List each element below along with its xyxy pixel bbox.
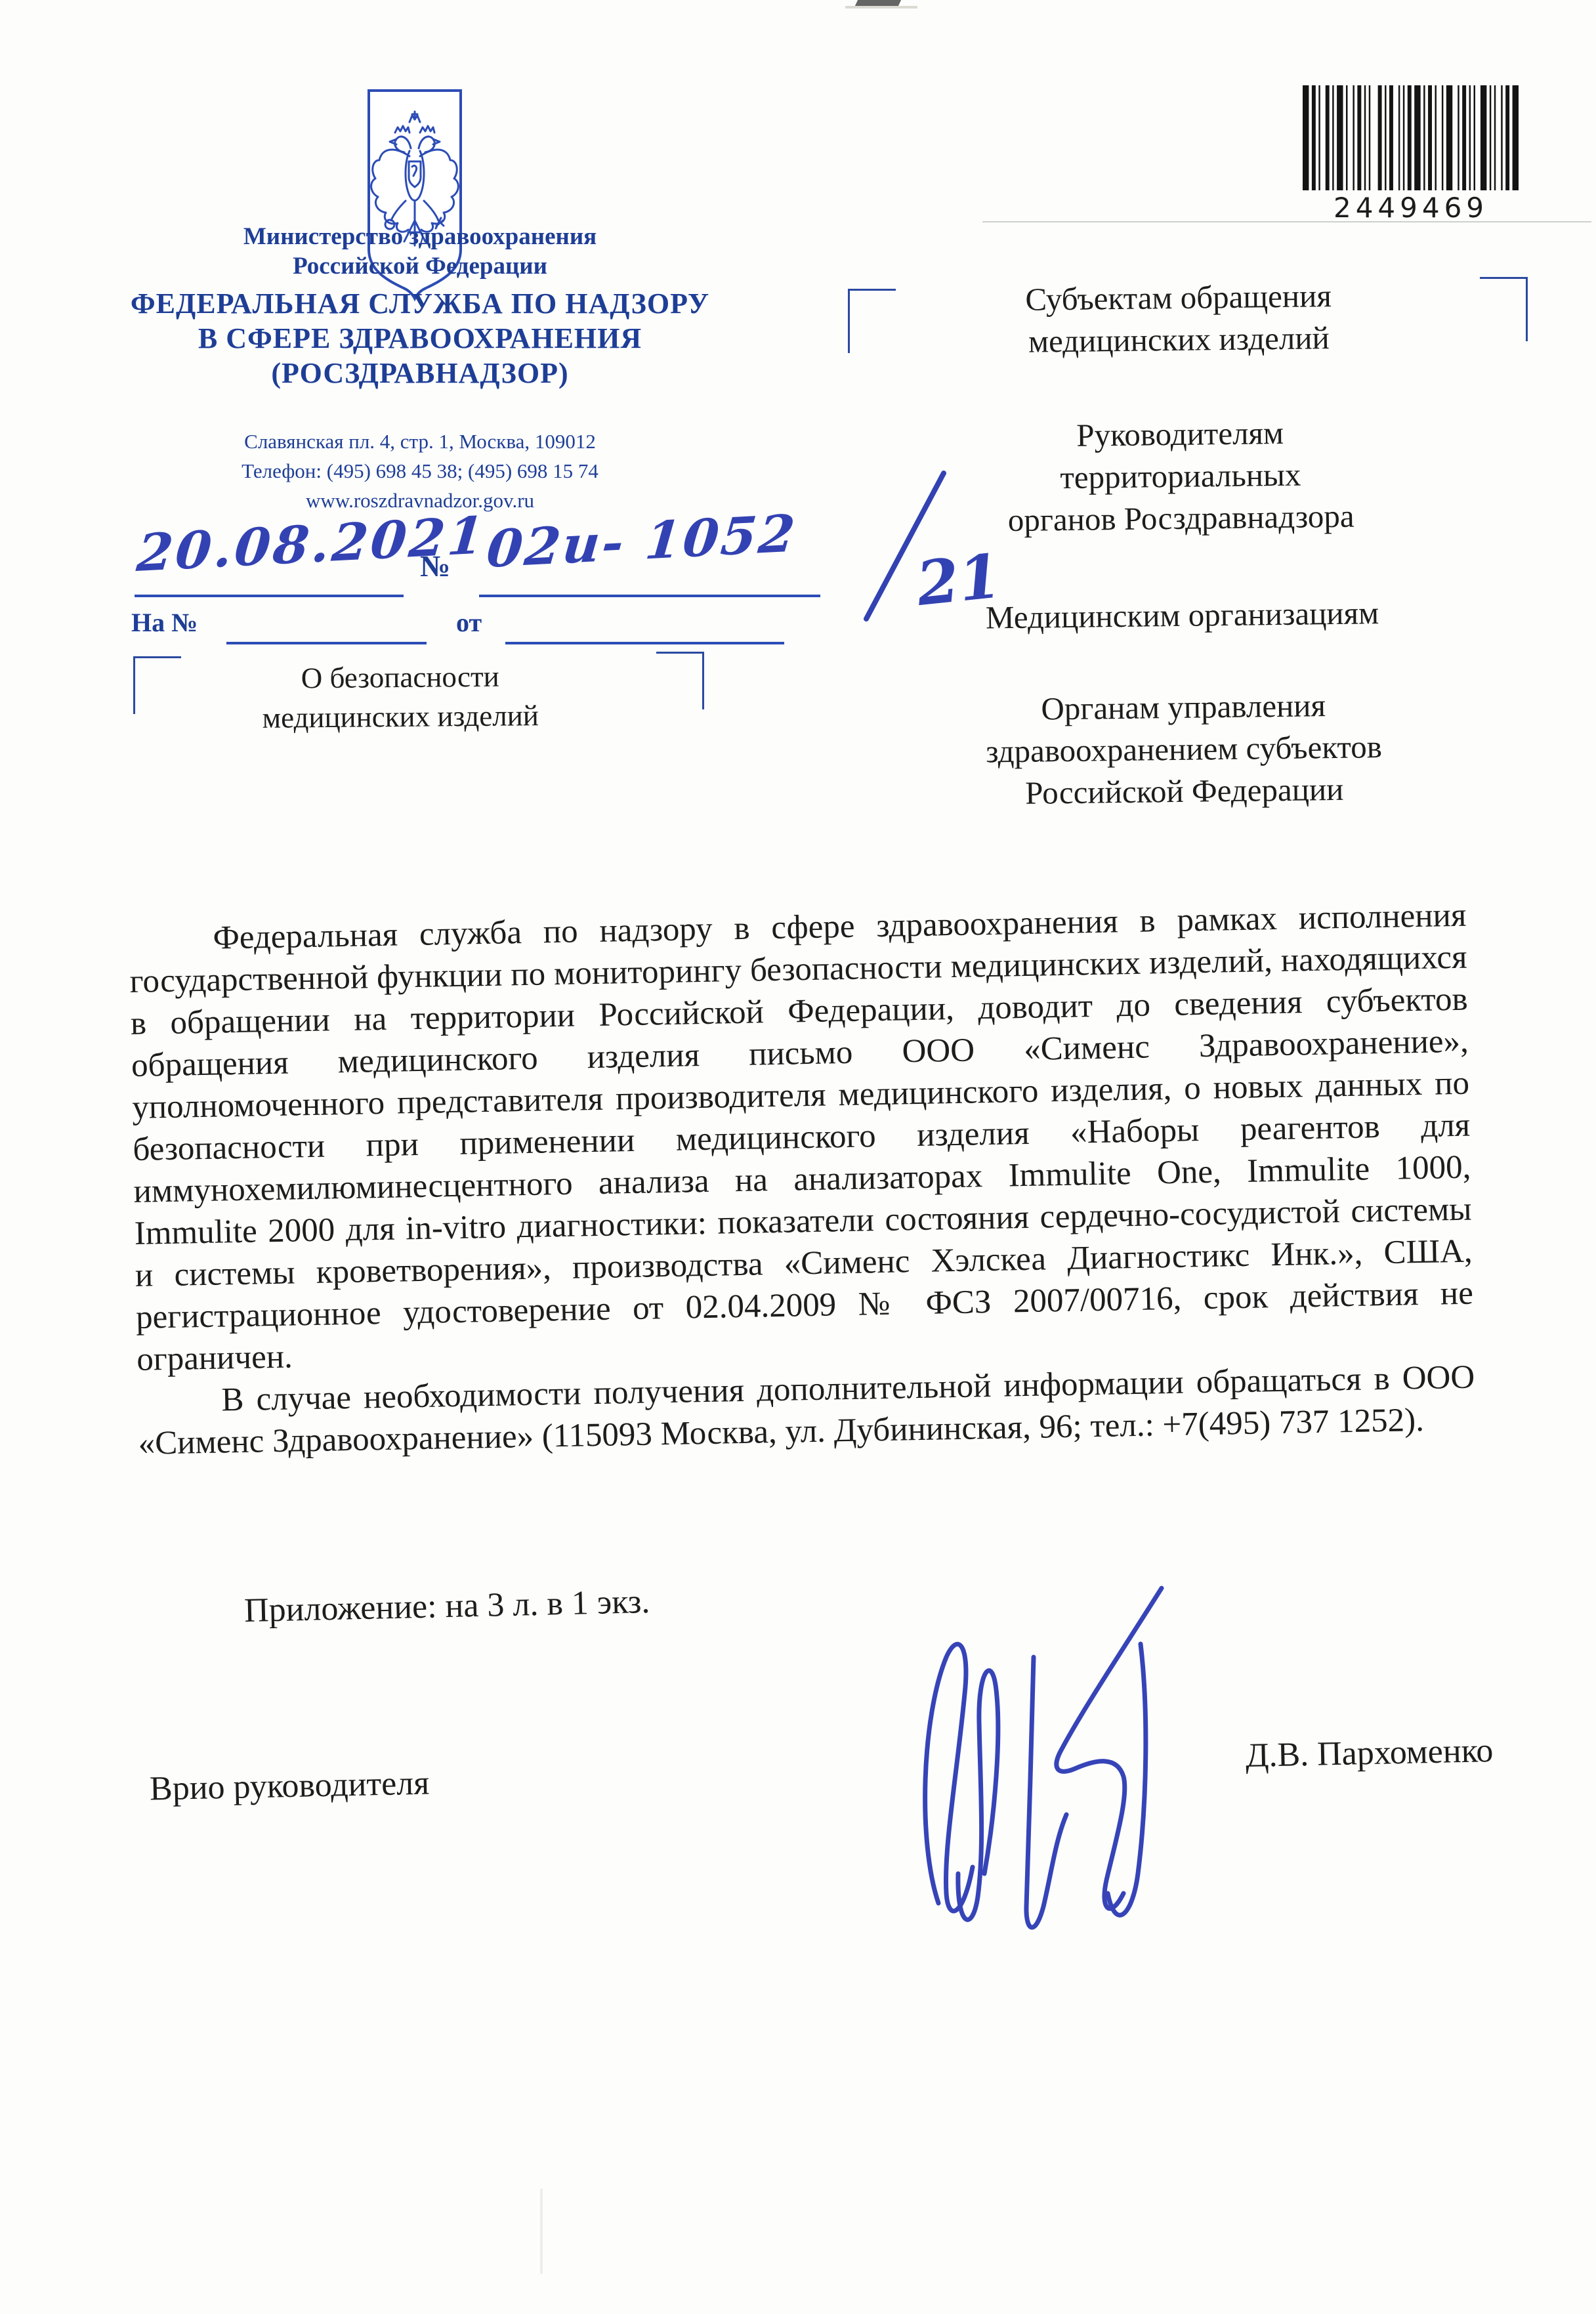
recipient-line: здравоохранением субъектов	[856, 725, 1513, 774]
service-line1: ФЕДЕРАЛЬНАЯ СЛУЖБА ПО НАДЗОРУ	[98, 286, 742, 321]
phone-line: Телефон: (495) 698 45 38; (495) 698 15 7…	[98, 456, 742, 486]
fold-mark	[540, 2189, 543, 2274]
barcode-number: 2449469	[1303, 192, 1519, 224]
subject-bracket-right	[656, 652, 704, 709]
recipient-block-medical-orgs: Медицинским организациям	[854, 591, 1511, 641]
barcode: 2449469	[1303, 85, 1519, 226]
service-name: ФЕДЕРАЛЬНАЯ СЛУЖБА ПО НАДЗОРУ В СФЕРЕ ЗД…	[98, 286, 742, 390]
number-sign: №	[420, 549, 450, 583]
recipient-line: Органам управления	[855, 683, 1512, 732]
recipient-line: органов Росздравнадзора	[852, 494, 1509, 543]
signer-name: Д.В. Пархоменко	[1245, 1731, 1493, 1775]
subject-block: О безопасности медицинских изделий	[163, 656, 637, 738]
date-underline	[135, 595, 404, 597]
signer-position: Врио руководителя	[149, 1764, 429, 1809]
reply-from-label: от	[456, 607, 482, 638]
recipient-block-subjects: Субъектам обращения медицинских изделий	[850, 273, 1507, 365]
number-underline	[479, 595, 820, 597]
handwritten-signature	[886, 1565, 1168, 1943]
recipient-line: Руководителям	[852, 410, 1509, 459]
ministry-name: Министерство здравоохранения Российской …	[98, 222, 742, 281]
service-line2: В СФЕРЕ ЗДРАВООХРАНЕНИЯ	[98, 321, 742, 356]
reply-number-underline	[226, 642, 427, 644]
contact-block: Славянская пл. 4, стр. 1, Москва, 109012…	[98, 427, 742, 515]
body-paragraph-1: Федеральная служба по надзору в сфере зд…	[129, 894, 1475, 1381]
address-line: Славянская пл. 4, стр. 1, Москва, 109012	[98, 427, 742, 456]
recipient-line: Медицинским организациям	[854, 591, 1511, 641]
subject-line1: О безопасности	[163, 656, 636, 699]
recipient-block-heads: Руководителям территориальных органов Ро…	[852, 410, 1509, 543]
recipient-line: Субъектам обращения	[850, 273, 1507, 323]
recipient-line: Российской Федерации	[856, 767, 1513, 816]
reply-date-underline	[505, 642, 784, 644]
reply-to-label: На №	[131, 607, 198, 638]
recipient-block-health-authorities: Органам управления здравоохранением субъ…	[855, 683, 1513, 816]
letter-body: Федеральная служба по надзору в сфере зд…	[129, 894, 1476, 1465]
recipient-line: медицинских изделий	[850, 315, 1507, 365]
subject-line2: медицинских изделий	[164, 695, 637, 738]
attachment-note: Приложение: на 3 л. в 1 экз.	[243, 1582, 650, 1630]
ministry-line2: Российской Федерации	[98, 251, 742, 281]
ministry-line1: Министерство здравоохранения	[98, 222, 742, 251]
recipient-line: территориальных	[852, 452, 1509, 501]
scan-smudge	[855, 0, 901, 6]
service-line3: (РОСЗДРАВНАДЗОР)	[98, 356, 742, 390]
scan-smudge	[845, 6, 917, 9]
scanned-letter-page: { "letterhead": { "emblem_icon": "russia…	[0, 0, 1596, 2314]
barcode-icon	[1303, 85, 1519, 190]
